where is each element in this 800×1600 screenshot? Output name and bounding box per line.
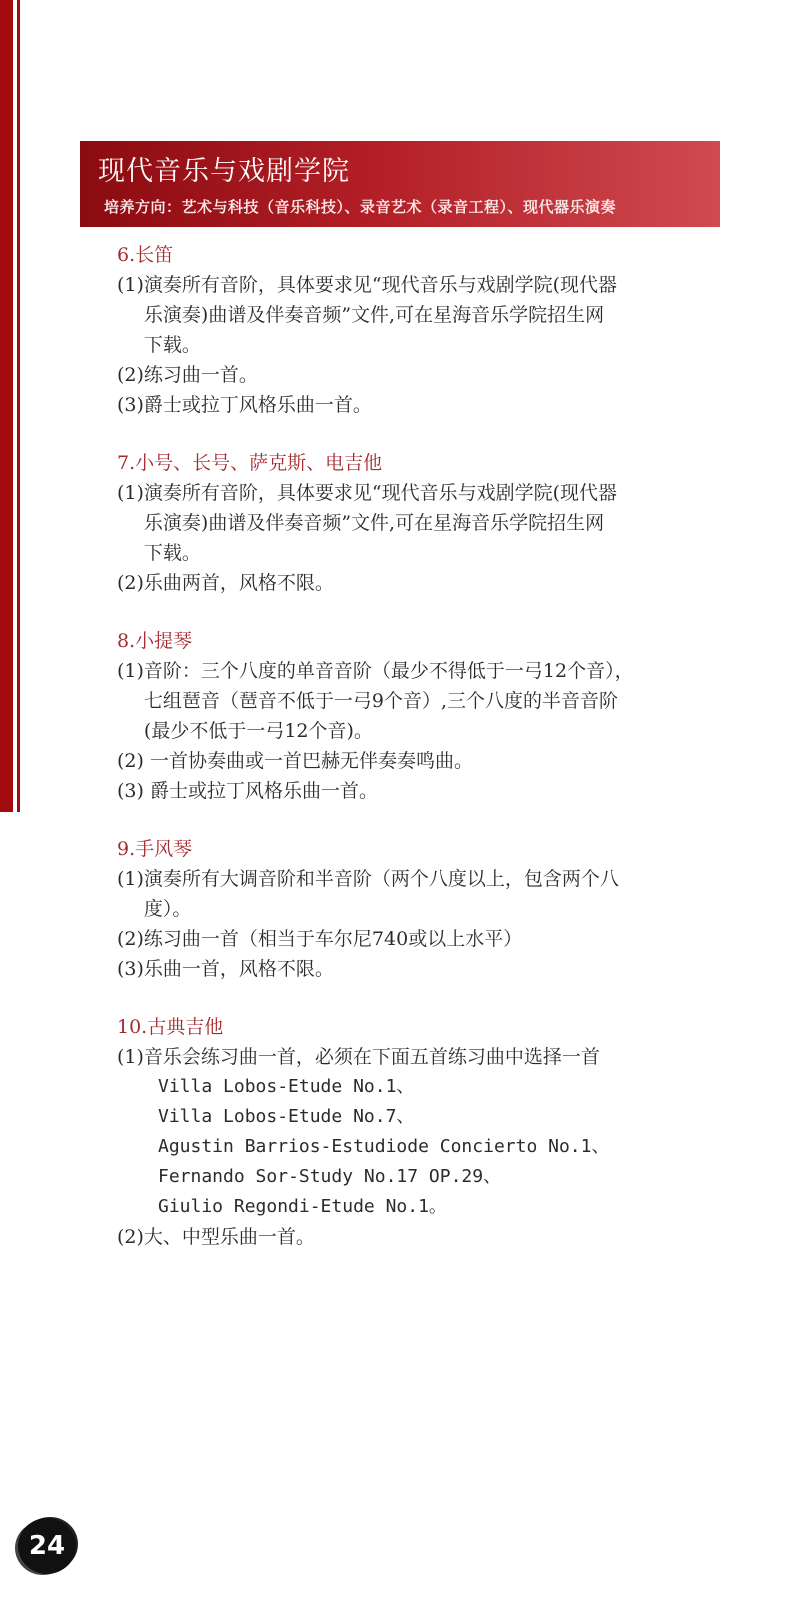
section-title: 6.长笛 — [117, 240, 717, 270]
section-classical-guitar: 10.古典吉他 (1) 音乐会练习曲一首，必须在下面五首练习曲中选择一首 Vil… — [117, 1012, 717, 1252]
list-item: (3) 爵士或拉丁风格乐曲一首。 — [117, 390, 717, 420]
section-banner: 现代音乐与戏剧学院 培养方向：艺术与科技（音乐科技）、录音艺术（录音工程）、现代… — [80, 141, 720, 227]
item-number: (2) — [117, 746, 150, 776]
item-text: 度）。 — [144, 894, 717, 924]
item-number: (3) — [117, 390, 144, 420]
section-title: 8.小提琴 — [117, 626, 717, 656]
item-number: (2) — [117, 568, 144, 598]
decorative-red-bar-thin — [17, 0, 20, 812]
item-text: 乐演奏)曲谱及伴奏音频”文件,可在星海音乐学院招生网 — [144, 508, 717, 538]
item-number: (2) — [117, 360, 144, 390]
requirements-content: 6.长笛 (1) 演奏所有音阶，具体要求见“现代音乐与戏剧学院(现代器 乐演奏)… — [117, 240, 717, 1280]
etude-list: Villa Lobos-Etude No.1、 Villa Lobos-Etud… — [117, 1072, 717, 1222]
item-text: 下载。 — [144, 538, 717, 568]
item-text: 乐演奏)曲谱及伴奏音频”文件,可在星海音乐学院招生网 — [144, 300, 717, 330]
item-text: 爵士或拉丁风格乐曲一首。 — [144, 390, 717, 420]
item-text: 爵士或拉丁风格乐曲一首。 — [150, 776, 717, 806]
etude-item: Villa Lobos-Etude No.1、 — [158, 1072, 717, 1102]
item-text: 乐曲两首，风格不限。 — [144, 568, 717, 598]
list-item: (1) 音乐会练习曲一首，必须在下面五首练习曲中选择一首 — [117, 1042, 717, 1072]
item-number: (1) — [117, 656, 144, 746]
item-number: (3) — [117, 954, 144, 984]
etude-item: Fernando Sor-Study No.17 OP.29、 — [158, 1162, 717, 1192]
item-text: 演奏所有音阶，具体要求见“现代音乐与戏剧学院(现代器 — [144, 478, 717, 508]
page-number: 24 — [29, 1531, 65, 1561]
item-text: 音乐会练习曲一首，必须在下面五首练习曲中选择一首 — [144, 1042, 717, 1072]
list-item: (1) 演奏所有音阶，具体要求见“现代音乐与戏剧学院(现代器 乐演奏)曲谱及伴奏… — [117, 270, 717, 360]
item-text: (最少不低于一弓12个音)。 — [144, 716, 717, 746]
item-text: 乐曲一首，风格不限。 — [144, 954, 717, 984]
banner-subtitle: 培养方向：艺术与科技（音乐科技）、录音艺术（录音工程）、现代器乐演奏 — [104, 196, 616, 217]
item-number: (1) — [117, 270, 144, 360]
etude-item: Villa Lobos-Etude No.7、 — [158, 1102, 717, 1132]
item-text: 演奏所有大调音阶和半音阶（两个八度以上，包含两个八 — [144, 864, 717, 894]
item-number: (1) — [117, 1042, 144, 1072]
list-item: (2) 一首协奏曲或一首巴赫无伴奏奏鸣曲。 — [117, 746, 717, 776]
section-brass-sax-guitar: 7.小号、长号、萨克斯、电吉他 (1) 演奏所有音阶，具体要求见“现代音乐与戏剧… — [117, 448, 717, 598]
decorative-red-bar-thick — [0, 0, 13, 812]
list-item: (2) 练习曲一首（相当于车尔尼740或以上水平） — [117, 924, 717, 954]
section-title: 10.古典吉他 — [117, 1012, 717, 1042]
list-item: (2) 大、中型乐曲一首。 — [117, 1222, 717, 1252]
item-text: 七组琶音（琶音不低于一弓9个音）,三个八度的半音音阶 — [144, 686, 717, 716]
section-flute: 6.长笛 (1) 演奏所有音阶，具体要求见“现代音乐与戏剧学院(现代器 乐演奏)… — [117, 240, 717, 420]
item-text: 大、中型乐曲一首。 — [144, 1222, 717, 1252]
item-text: 练习曲一首（相当于车尔尼740或以上水平） — [144, 924, 717, 954]
item-number: (1) — [117, 478, 144, 568]
item-text: 练习曲一首。 — [144, 360, 717, 390]
item-number: (3) — [117, 776, 150, 806]
item-text: 音阶：三个八度的单音音阶（最少不得低于一弓12个音）， — [144, 656, 717, 686]
item-number: (2) — [117, 924, 144, 954]
item-text: 演奏所有音阶，具体要求见“现代音乐与戏剧学院(现代器 — [144, 270, 717, 300]
section-title: 7.小号、长号、萨克斯、电吉他 — [117, 448, 717, 478]
list-item: (1) 音阶：三个八度的单音音阶（最少不得低于一弓12个音）， 七组琶音（琶音不… — [117, 656, 717, 746]
section-accordion: 9.手风琴 (1) 演奏所有大调音阶和半音阶（两个八度以上，包含两个八 度）。 … — [117, 834, 717, 984]
section-violin: 8.小提琴 (1) 音阶：三个八度的单音音阶（最少不得低于一弓12个音）， 七组… — [117, 626, 717, 806]
list-item: (3) 爵士或拉丁风格乐曲一首。 — [117, 776, 717, 806]
list-item: (2) 练习曲一首。 — [117, 360, 717, 390]
item-text: 一首协奏曲或一首巴赫无伴奏奏鸣曲。 — [150, 746, 717, 776]
list-item: (1) 演奏所有音阶，具体要求见“现代音乐与戏剧学院(现代器 乐演奏)曲谱及伴奏… — [117, 478, 717, 568]
banner-title: 现代音乐与戏剧学院 — [98, 149, 350, 188]
list-item: (1) 演奏所有大调音阶和半音阶（两个八度以上，包含两个八 度）。 — [117, 864, 717, 924]
list-item: (3) 乐曲一首，风格不限。 — [117, 954, 717, 984]
etude-item: Agustin Barrios-Estudiode Concierto No.1… — [158, 1132, 717, 1162]
list-item: (2) 乐曲两首，风格不限。 — [117, 568, 717, 598]
item-number: (2) — [117, 1222, 144, 1252]
etude-item: Giulio Regondi-Etude No.1。 — [158, 1192, 717, 1222]
item-number: (1) — [117, 864, 144, 924]
item-text: 下载。 — [144, 330, 717, 360]
page-number-badge: 24 — [18, 1518, 76, 1574]
section-title: 9.手风琴 — [117, 834, 717, 864]
